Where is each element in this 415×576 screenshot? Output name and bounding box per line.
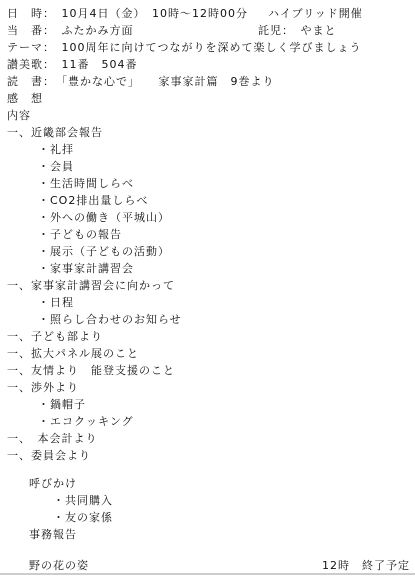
agenda-item: ・会員: [0, 158, 415, 175]
agenda-item: ・日程: [0, 294, 415, 311]
document-page: 日 時： 10月4日（金） 10時～12時00分ハイブリッド開催当 番： ふたか…: [0, 0, 415, 576]
header-line: 感 想: [0, 90, 415, 107]
header-line: 当 番： ふたかみ方面託児： やまと: [0, 22, 415, 39]
header-line-text: 感 想: [7, 92, 43, 105]
agenda-list: 一、近畿部会報告・礼拝・会員・生活時間しらべ・CO2排出量しらべ・外への働き（平…: [0, 124, 415, 464]
agenda-item: 一、友情より 能登支援のこと: [0, 362, 415, 379]
header-line-note: ハイブリッド開催: [268, 5, 363, 22]
agenda-item: ・エコクッキング: [0, 413, 415, 430]
agenda-item: 一、子ども部より: [0, 328, 415, 345]
header-line: 日 時： 10月4日（金） 10時～12時00分ハイブリッド開催: [0, 5, 415, 22]
spacer: [0, 543, 415, 557]
call-item: ・友の家係: [0, 509, 415, 526]
header-line-text: テーマ： 100周年に向けてつながりを深めて楽しく学びましょう: [7, 41, 362, 54]
spacer: [0, 464, 415, 475]
footer-right-text: 12時 終了予定: [322, 557, 410, 574]
agenda-item: 一、 本会計より: [0, 430, 415, 447]
header-line-text: 読 書： 「豊かな心で」 家事家計篇 9巻より: [7, 75, 275, 88]
agenda-item: ・CO2排出量しらべ: [0, 192, 415, 209]
call-item: ・共同購入: [0, 492, 415, 509]
calls-heading: 呼びかけ: [0, 475, 415, 492]
agenda-item: ・生活時間しらべ: [0, 175, 415, 192]
header-line: 讃美歌： 11番 504番: [0, 56, 415, 73]
header-section: 日 時： 10月4日（金） 10時～12時00分ハイブリッド開催当 番： ふたか…: [0, 5, 415, 107]
agenda-item: ・展示（子どもの活動）: [0, 243, 415, 260]
agenda-item: ・外への働き（平城山）: [0, 209, 415, 226]
header-line-note: 託児： やまと: [258, 22, 337, 39]
agenda-item: ・鍋帽子: [0, 396, 415, 413]
agenda-item: 一、家事家計講習会に向かって: [0, 277, 415, 294]
header-line-text: 当 番： ふたかみ方面: [7, 24, 134, 37]
header-line: テーマ： 100周年に向けてつながりを深めて楽しく学びましょう: [0, 39, 415, 56]
agenda-item: ・礼拝: [0, 141, 415, 158]
agenda-item: 一、拡大パネル展のこと: [0, 345, 415, 362]
agenda-item: 一、委員会より: [0, 447, 415, 464]
agenda-item: ・照らし合わせのお知らせ: [0, 311, 415, 328]
agenda-item: ・家事家計講習会: [0, 260, 415, 277]
calls-list: ・共同購入・友の家係: [0, 492, 415, 526]
agenda-item: ・子どもの報告: [0, 226, 415, 243]
footer-left-text: 野の花の姿: [29, 557, 89, 574]
page-bottom-edge: [0, 573, 415, 575]
header-line-text: 日 時： 10月4日（金） 10時～12時00分: [7, 7, 248, 20]
header-line: 読 書： 「豊かな心で」 家事家計篇 9巻より: [0, 73, 415, 90]
agenda-item: 一、渉外より: [0, 379, 415, 396]
agenda-item: 一、近畿部会報告: [0, 124, 415, 141]
footer: 野の花の姿 12時 終了予定: [0, 557, 415, 574]
header-line-text: 讃美歌： 11番 504番: [7, 58, 138, 71]
content-heading: 内容: [0, 107, 415, 124]
office-report-label: 事務報告: [0, 526, 415, 543]
